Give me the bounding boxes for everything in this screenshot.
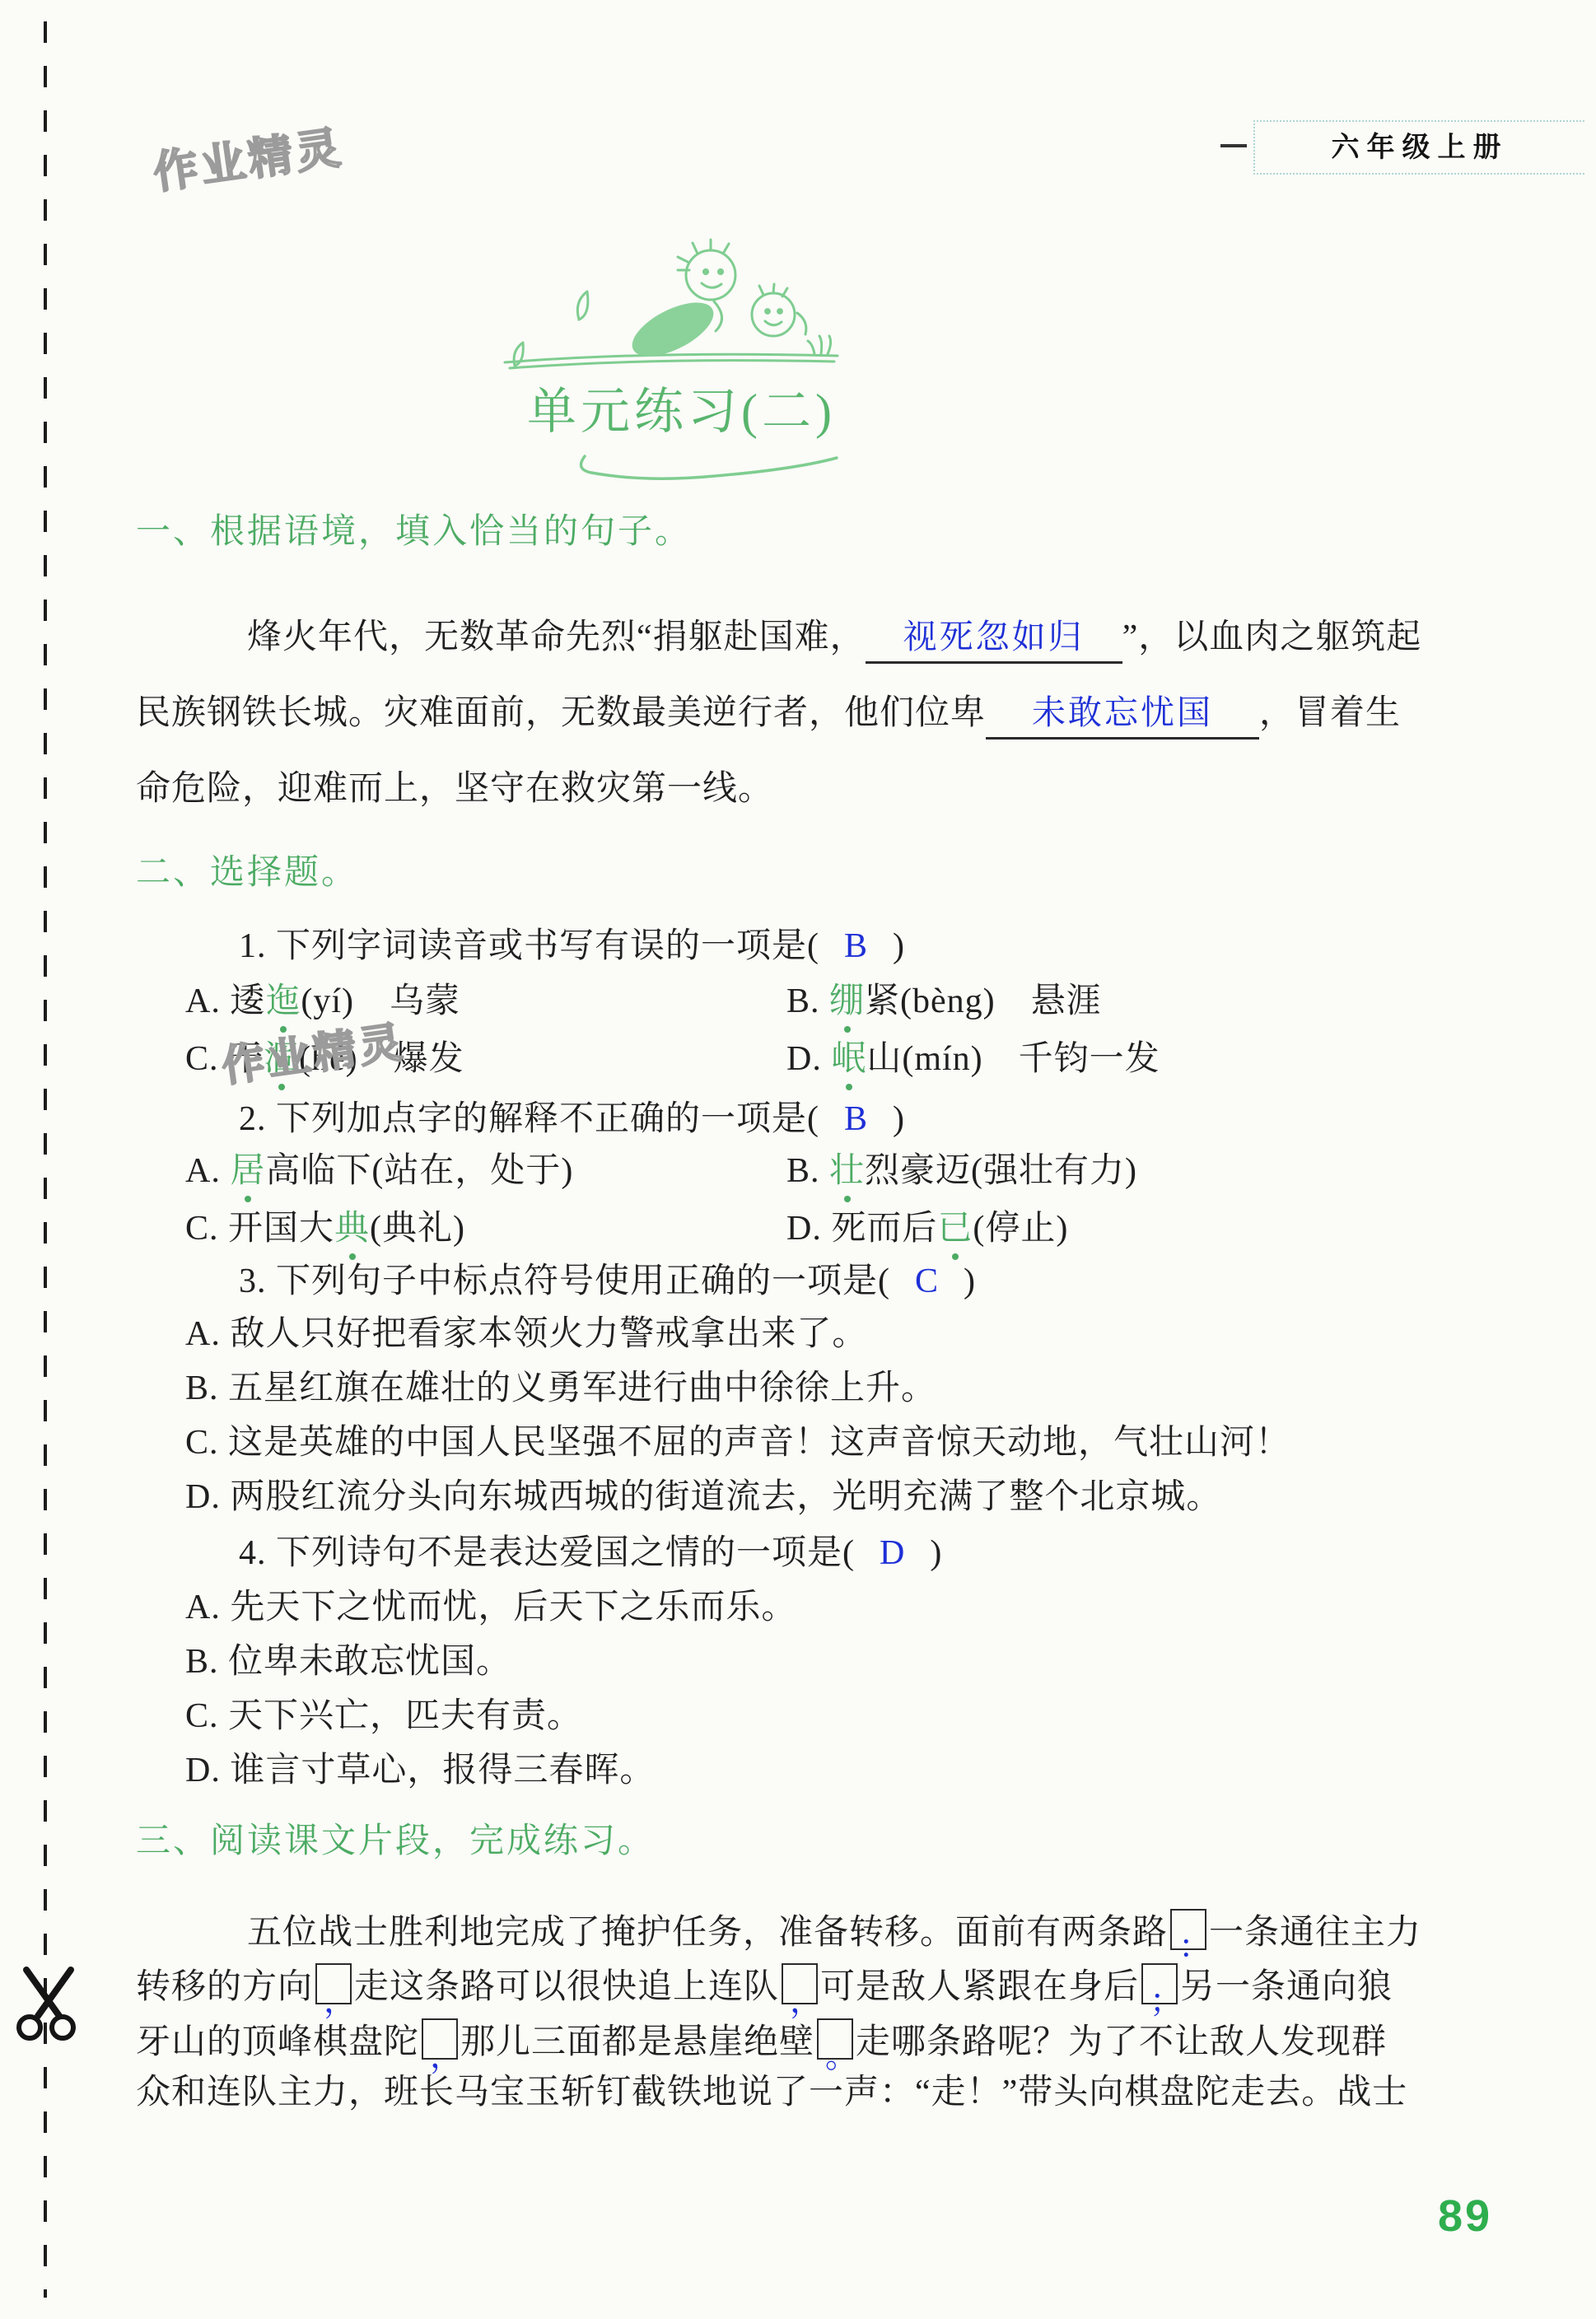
punctuation-box-4: ； — [1141, 1963, 1178, 2004]
fill-blank-1-answer: 视死忽如归 — [903, 618, 1085, 656]
passage-text: 一条通往主力 — [1209, 1914, 1421, 1952]
q2-option-b: B. 壮烈豪迈(强壮有力) — [786, 1151, 1137, 1191]
q2-option-a: A. 居高临下(站在，处于) — [185, 1151, 573, 1191]
dotted-char: 居 — [230, 1151, 265, 1191]
passage-text: 五位战士胜利地完成了掩护任务，准备转移。面前有两条路 — [247, 1914, 1168, 1952]
option-text: (yí) 乌蒙 — [301, 982, 460, 1020]
question1-answer: B — [844, 927, 868, 965]
q3-option-b: B. 五星红旗在雄壮的义勇军进行曲中徐徐上升。 — [185, 1369, 936, 1408]
scissors-icon — [10, 1963, 86, 2046]
passage-text: 可是敌人紧跟在身后 — [820, 1968, 1139, 2006]
punctuation-box-1: ： — [1170, 1909, 1206, 1950]
q4-option-a: A. 先天下之忧而忧，后天下之乐而乐。 — [185, 1588, 796, 1627]
passage-text: 那儿三面都是悬崖绝壁 — [460, 2023, 814, 2061]
option-text: (停止) — [973, 1210, 1068, 1248]
passage-line-4: 众和连队主力，班长马宝玉斩钉截铁地说了一声：“走！”带头向棋盘陀走去。战士 — [136, 2073, 1407, 2112]
punctuation-box-3: ， — [782, 1963, 818, 2004]
section3-heading: 三、阅读课文片段，完成练习。 — [136, 1822, 655, 1861]
option-label: A. — [185, 1152, 230, 1190]
stem-text: ) — [893, 1100, 905, 1138]
workbook-page: 六年级上册 作业精灵 — [0, 0, 1596, 2319]
option-label: B. — [786, 982, 829, 1020]
fill-blank-2: 未敢忘忧国 — [986, 693, 1259, 740]
q2-option-c: C. 开国大典(典礼) — [185, 1209, 465, 1248]
stem-text: 1. 下列字词读音或书写有误的一项是( — [239, 927, 819, 965]
question3-answer: C — [915, 1262, 939, 1300]
cut-dashed-line — [44, 21, 47, 2298]
dotted-char: 迤 — [265, 982, 301, 1021]
q2-option-d: D. 死而后已(停止) — [786, 1209, 1068, 1248]
grade-badge: 六年级上册 — [1253, 120, 1584, 175]
question1-stem: 1. 下列字词读音或书写有误的一项是(B) — [239, 926, 905, 966]
paragraph-text: 烽火年代，无数革命先烈“捐躯赴国难， — [247, 618, 866, 656]
fill-blank-2-answer: 未敢忘忧国 — [1032, 693, 1213, 731]
q4-option-d: D. 谁言寸草心，报得三春晖。 — [185, 1751, 655, 1790]
question3-stem: 3. 下列句子中标点符号使用正确的一项是(C) — [239, 1262, 976, 1301]
option-text: (典礼) — [370, 1210, 465, 1248]
option-label: A. — [185, 982, 230, 1020]
option-label: C. — [185, 1210, 228, 1248]
q1-option-a: A. 逶迤(yí) 乌蒙 — [185, 982, 460, 1021]
page-number: 89 — [1438, 2191, 1492, 2242]
option-text: (hé) 爆发 — [299, 1040, 464, 1078]
dotted-char: 岷 — [831, 1039, 866, 1079]
q4-option-c: C. 天下兴亡，匹夫有责。 — [185, 1696, 582, 1736]
stem-text: 2. 下列加点字的解释不正确的一项是( — [239, 1100, 819, 1138]
q1-option-b: B. 绷紧(bèng) 悬涯 — [786, 982, 1102, 1021]
option-label: D. — [786, 1040, 831, 1078]
option-text: 烈豪迈(强壮有力) — [865, 1152, 1137, 1190]
question2-stem: 2. 下列加点字的解释不正确的一项是(B) — [239, 1099, 905, 1139]
punctuation-answer-1: ： — [1178, 1930, 1212, 1963]
fill-blank-1: 视死忽如归 — [866, 618, 1122, 664]
section1-line2: 民族钢铁长城。灾难面前，无数最美逆行者，他们位卑未敢忘忧国，冒着生 — [136, 693, 1401, 740]
punctuation-answer-5: ， — [430, 2040, 464, 2073]
dotted-char: 绷 — [829, 982, 865, 1021]
punctuation-answer-6: 。 — [825, 2040, 859, 2073]
section2-heading: 二、选择题。 — [136, 853, 358, 893]
dotted-char: 典 — [334, 1209, 370, 1248]
option-text: 死而后 — [831, 1210, 937, 1248]
question4-answer: D — [880, 1534, 905, 1572]
badge-left-dash — [1220, 144, 1247, 147]
option-text: 高临下(站在，处于) — [265, 1152, 573, 1190]
punctuation-answer-3: ， — [790, 1985, 824, 2018]
option-text: 紧(bèng) 悬涯 — [865, 982, 1102, 1020]
q3-option-a: A. 敌人只好把看家本领火力警戒拿出来了。 — [185, 1314, 867, 1354]
option-text: 干 — [228, 1040, 264, 1078]
kids-on-branch-illustration — [490, 237, 852, 394]
passage-line-1: 五位战士胜利地完成了掩护任务，准备转移。面前有两条路：一条通往主力 — [247, 1909, 1421, 1953]
passage-text: 走这条路可以很快追上连队 — [354, 1968, 779, 2006]
page-title: 单元练习(二) — [527, 372, 836, 443]
option-label: C. — [185, 1040, 228, 1078]
passage-text: 走哪条路呢？为了不让敌人发现群 — [856, 2023, 1387, 2061]
q1-option-c: C. 干涸(hé) 爆发 — [185, 1039, 464, 1079]
stem-text: ) — [930, 1534, 942, 1572]
option-label: D. — [786, 1210, 831, 1248]
punctuation-box-2: ， — [315, 1963, 352, 2004]
section1-line1: 烽火年代，无数革命先烈“捐躯赴国难，视死忽如归”，以血肉之躯筑起 — [247, 618, 1421, 664]
option-label: B. — [786, 1152, 829, 1190]
section1-line3: 命危险，迎难而上，坚守在救灾第一线。 — [136, 769, 773, 809]
paragraph-text: ，冒着生 — [1259, 694, 1401, 732]
title-underline-swoosh — [573, 450, 845, 488]
passage-line-3: 牙山的顶峰棋盘陀，那儿三面都是悬崖绝壁。走哪条路呢？为了不让敌人发现群 — [136, 2018, 1387, 2062]
punctuation-box-5: ， — [422, 2018, 458, 2060]
option-text: 逶 — [230, 982, 265, 1020]
stem-text: 4. 下列诗句不是表达爱国之情的一项是( — [239, 1534, 855, 1572]
punctuation-box-6: 。 — [817, 2018, 853, 2060]
paragraph-text: ”，以血肉之躯筑起 — [1122, 618, 1422, 656]
dotted-char: 已 — [937, 1209, 973, 1248]
punctuation-answer-2: ， — [324, 1985, 357, 2018]
option-text: 山(mín) 千钧一发 — [866, 1040, 1160, 1078]
punctuation-answer-4: ； — [1150, 1985, 1183, 2018]
stem-text: ) — [964, 1262, 976, 1300]
q3-option-c: C. 这是英雄的中国人民坚强不屈的声音！这声音惊天动地，气壮山河！ — [185, 1423, 1290, 1463]
passage-line-2: 转移的方向，走这条路可以很快追上连队，可是敌人紧跟在身后；另一条通向狼 — [136, 1963, 1393, 2007]
dotted-char: 涸 — [264, 1039, 299, 1079]
dotted-char: 壮 — [829, 1151, 865, 1191]
question2-answer: B — [844, 1100, 868, 1138]
paragraph-text: 民族钢铁长城。灾难面前，无数最美逆行者，他们位卑 — [136, 694, 986, 732]
watermark-top: 作业精灵 — [149, 112, 347, 202]
section1-heading: 一、根据语境，填入恰当的句子。 — [136, 512, 692, 552]
q4-option-b: B. 位卑未敢忘忧国。 — [185, 1642, 511, 1682]
question4-stem: 4. 下列诗句不是表达爱国之情的一项是(D) — [239, 1533, 942, 1573]
option-text: 开国大 — [228, 1210, 334, 1248]
q1-option-d: D. 岷山(mín) 千钧一发 — [786, 1039, 1160, 1079]
stem-text: 3. 下列句子中标点符号使用正确的一项是( — [239, 1262, 890, 1300]
passage-text: 另一条通向狼 — [1180, 1968, 1393, 2006]
stem-text: ) — [893, 927, 905, 965]
passage-text: 牙山的顶峰棋盘陀 — [136, 2023, 419, 2061]
passage-text: 转移的方向 — [136, 1968, 313, 2006]
q3-option-d: D. 两股红流分头向东城西城的街道流去，光明充满了整个北京城。 — [185, 1477, 1221, 1517]
